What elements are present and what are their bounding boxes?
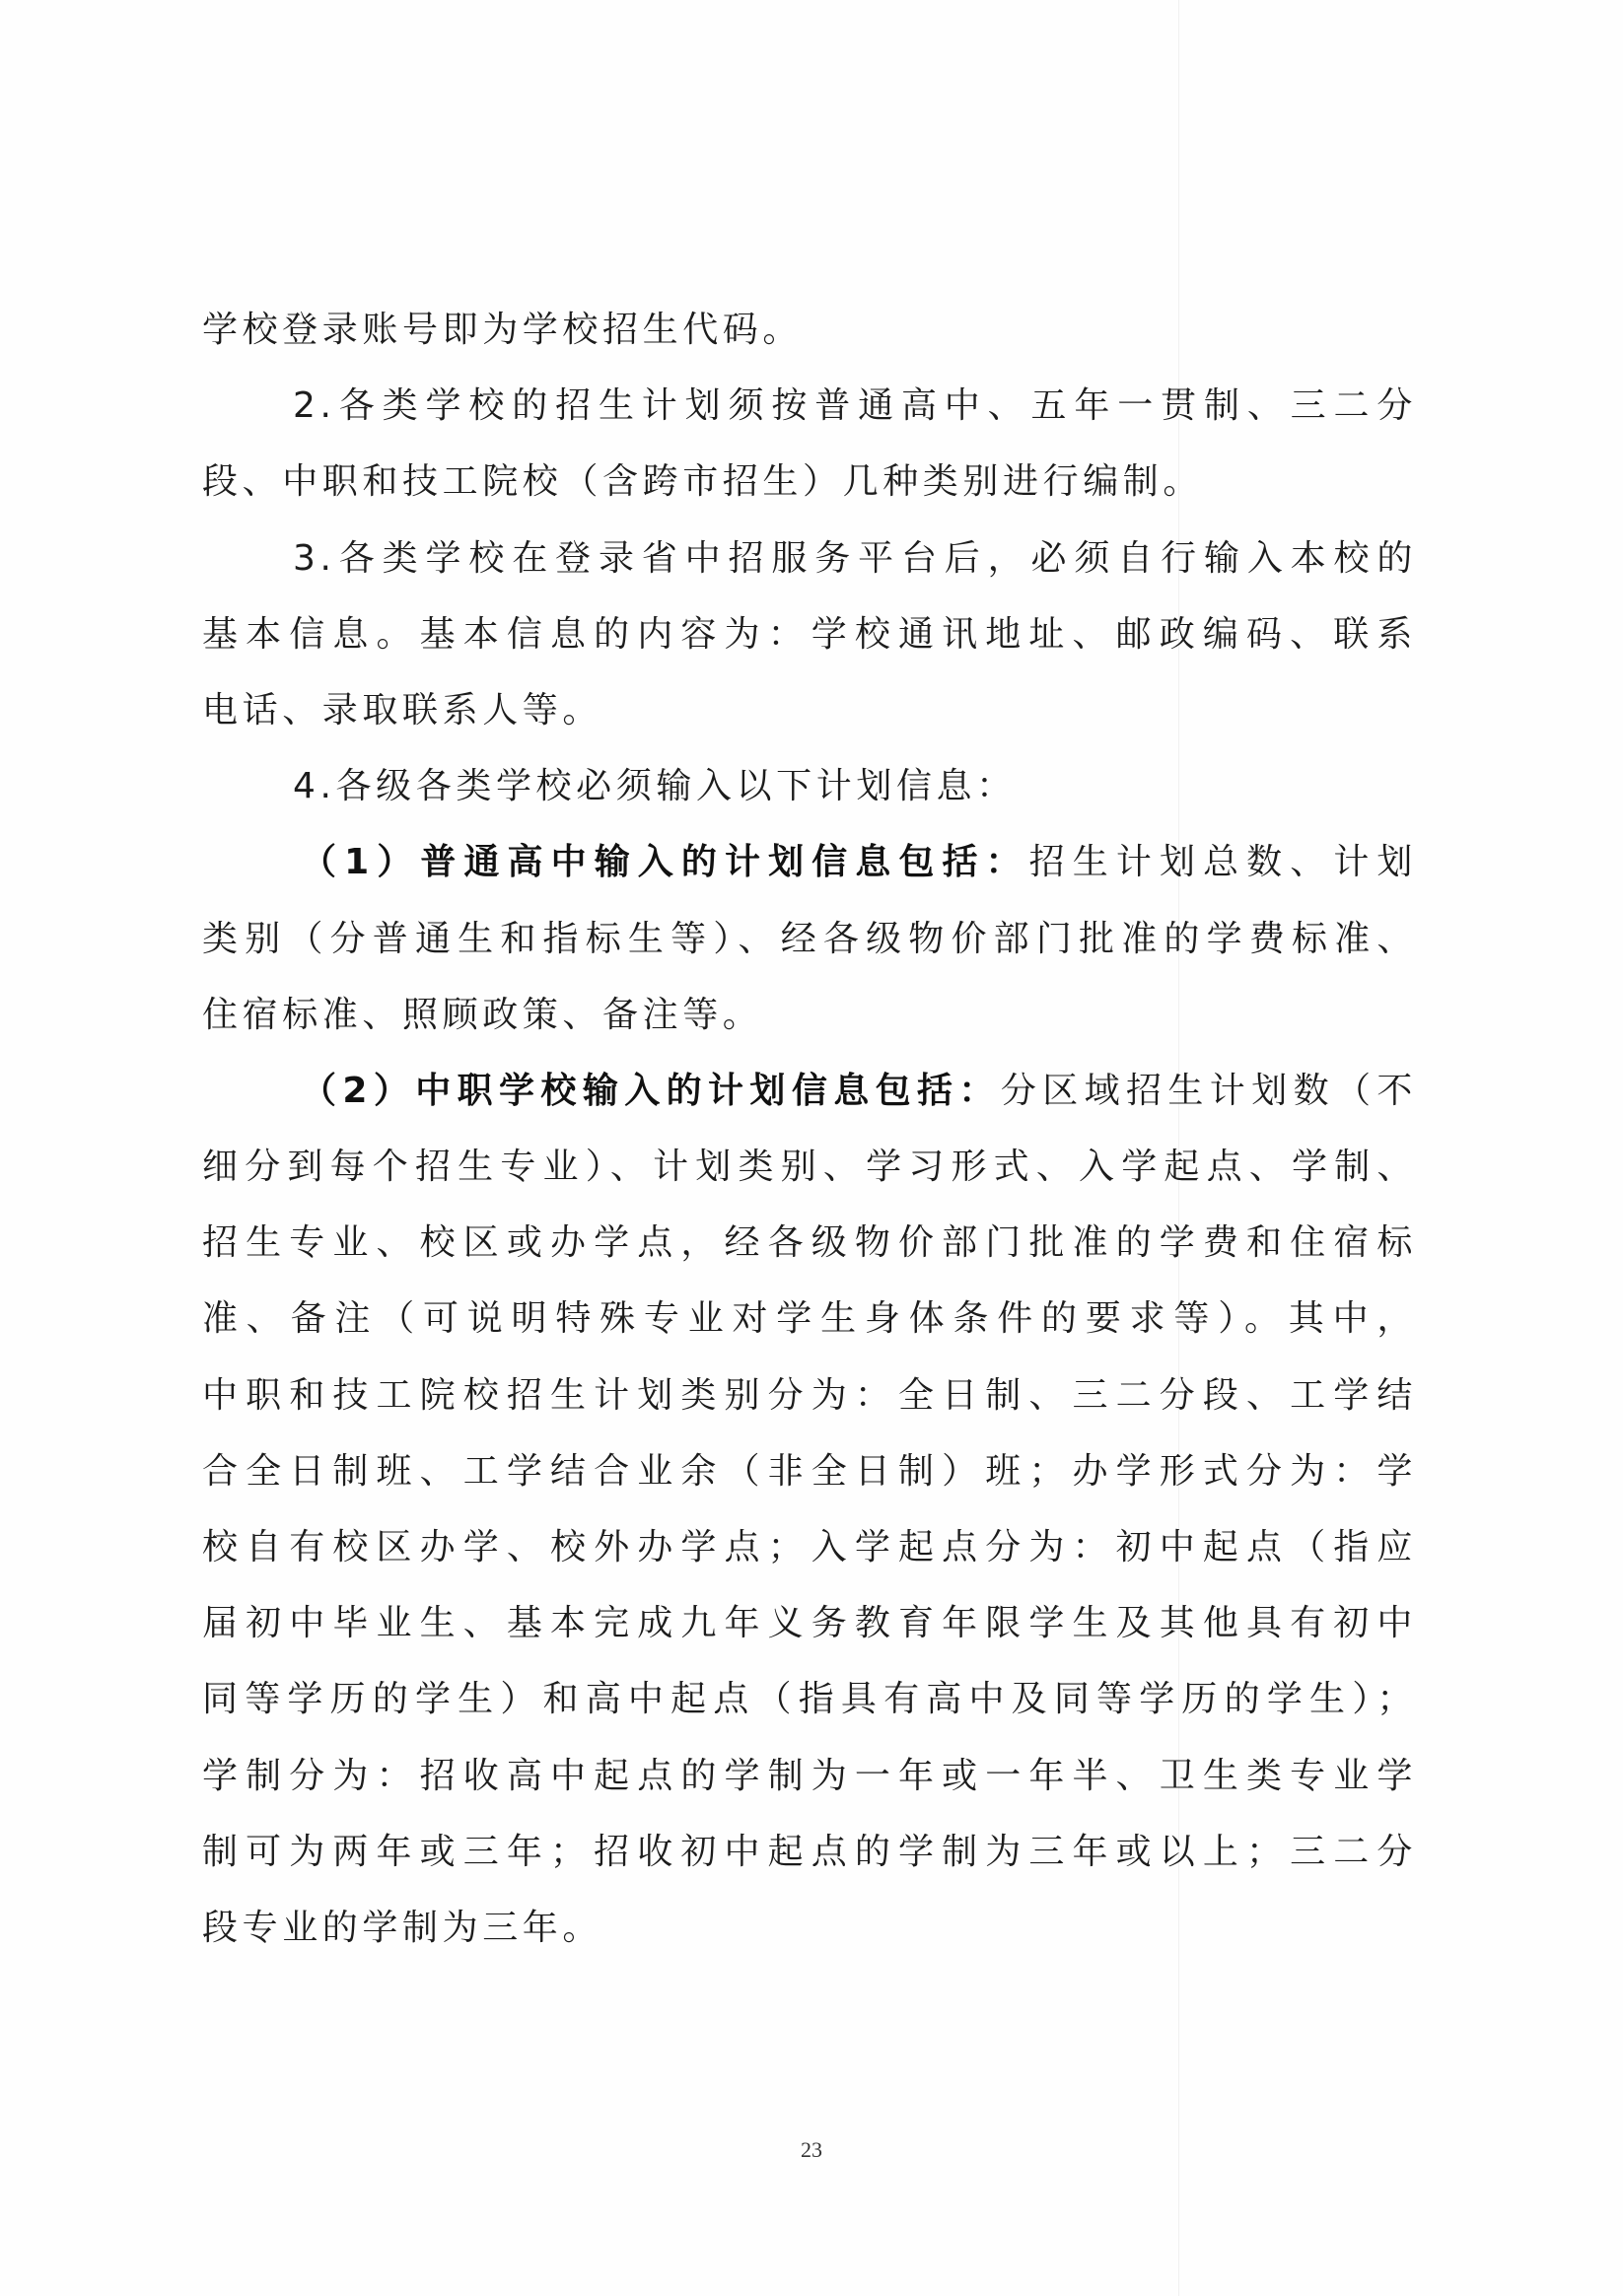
paragraph-line: 2.各类学校的招生计划须按普通高中、五年一贯制、三二分: [202, 368, 1417, 444]
paragraph-line: 校自有校区办学、校外办学点；入学起点分为：初中起点（指应: [202, 1509, 1417, 1585]
paragraph-line: 中职和技工院校招生计划类别分为：全日制、三二分段、工学结: [202, 1357, 1417, 1433]
paragraph-line: 基本信息。基本信息的内容为：学校通讯地址、邮政编码、联系: [202, 596, 1417, 672]
paragraph-line: 细分到每个招生专业）、计划类别、学习形式、入学起点、学制、: [202, 1129, 1417, 1205]
paragraph-line: 学校登录账号即为学校招生代码。: [202, 292, 1417, 368]
paragraph-line-with-heading: （2）中职学校输入的计划信息包括：分区域招生计划数（不: [202, 1053, 1417, 1129]
paragraph-line: 合全日制班、工学结合业余（非全日制）班；办学形式分为：学: [202, 1433, 1417, 1509]
paragraph-line: 制可为两年或三年；招收初中起点的学制为三年或以上；三二分: [202, 1814, 1417, 1890]
paragraph-line: 电话、录取联系人等。: [202, 672, 1417, 748]
paragraph-line: 准、备注（可说明特殊专业对学生身体条件的要求等）。其中，: [202, 1281, 1417, 1357]
bold-heading: （1）普通高中输入的计划信息包括：: [301, 842, 1029, 882]
paragraph-text: 分区域招生计划数（不: [1001, 1071, 1417, 1111]
paragraph-text: 招生计划总数、计划: [1029, 842, 1417, 882]
paragraph-line: 类别（分普通生和指标生等）、经各级物价部门批准的学费标准、: [202, 901, 1417, 977]
document-page: 学校登录账号即为学校招生代码。 2.各类学校的招生计划须按普通高中、五年一贯制、…: [0, 0, 1623, 2296]
paragraph-line: 学制分为：招收高中起点的学制为一年或一年半、卫生类专业学: [202, 1738, 1417, 1814]
paragraph-line: 届初中毕业生、基本完成九年义务教育年限学生及其他具有初中: [202, 1585, 1417, 1661]
paragraph-line: 3.各类学校在登录省中招服务平台后，必须自行输入本校的: [202, 521, 1417, 596]
paragraph-line: 4.各级各类学校必须输入以下计划信息：: [202, 748, 1417, 824]
paragraph-line: 段专业的学制为三年。: [202, 1890, 1417, 1966]
document-body: 学校登录账号即为学校招生代码。 2.各类学校的招生计划须按普通高中、五年一贯制、…: [202, 292, 1417, 1966]
paragraph-line: 同等学历的学生）和高中起点（指具有高中及同等学历的学生）；: [202, 1661, 1417, 1737]
paragraph-line: 住宿标准、照顾政策、备注等。: [202, 977, 1417, 1053]
paragraph-line-with-heading: （1）普通高中输入的计划信息包括：招生计划总数、计划: [202, 824, 1417, 900]
page-number: 23: [0, 2137, 1623, 2163]
paragraph-line: 段、中职和技工院校（含跨市招生）几种类别进行编制。: [202, 444, 1417, 520]
bold-heading: （2）中职学校输入的计划信息包括：: [301, 1071, 1001, 1111]
paragraph-line: 招生专业、校区或办学点，经各级物价部门批准的学费和住宿标: [202, 1205, 1417, 1281]
